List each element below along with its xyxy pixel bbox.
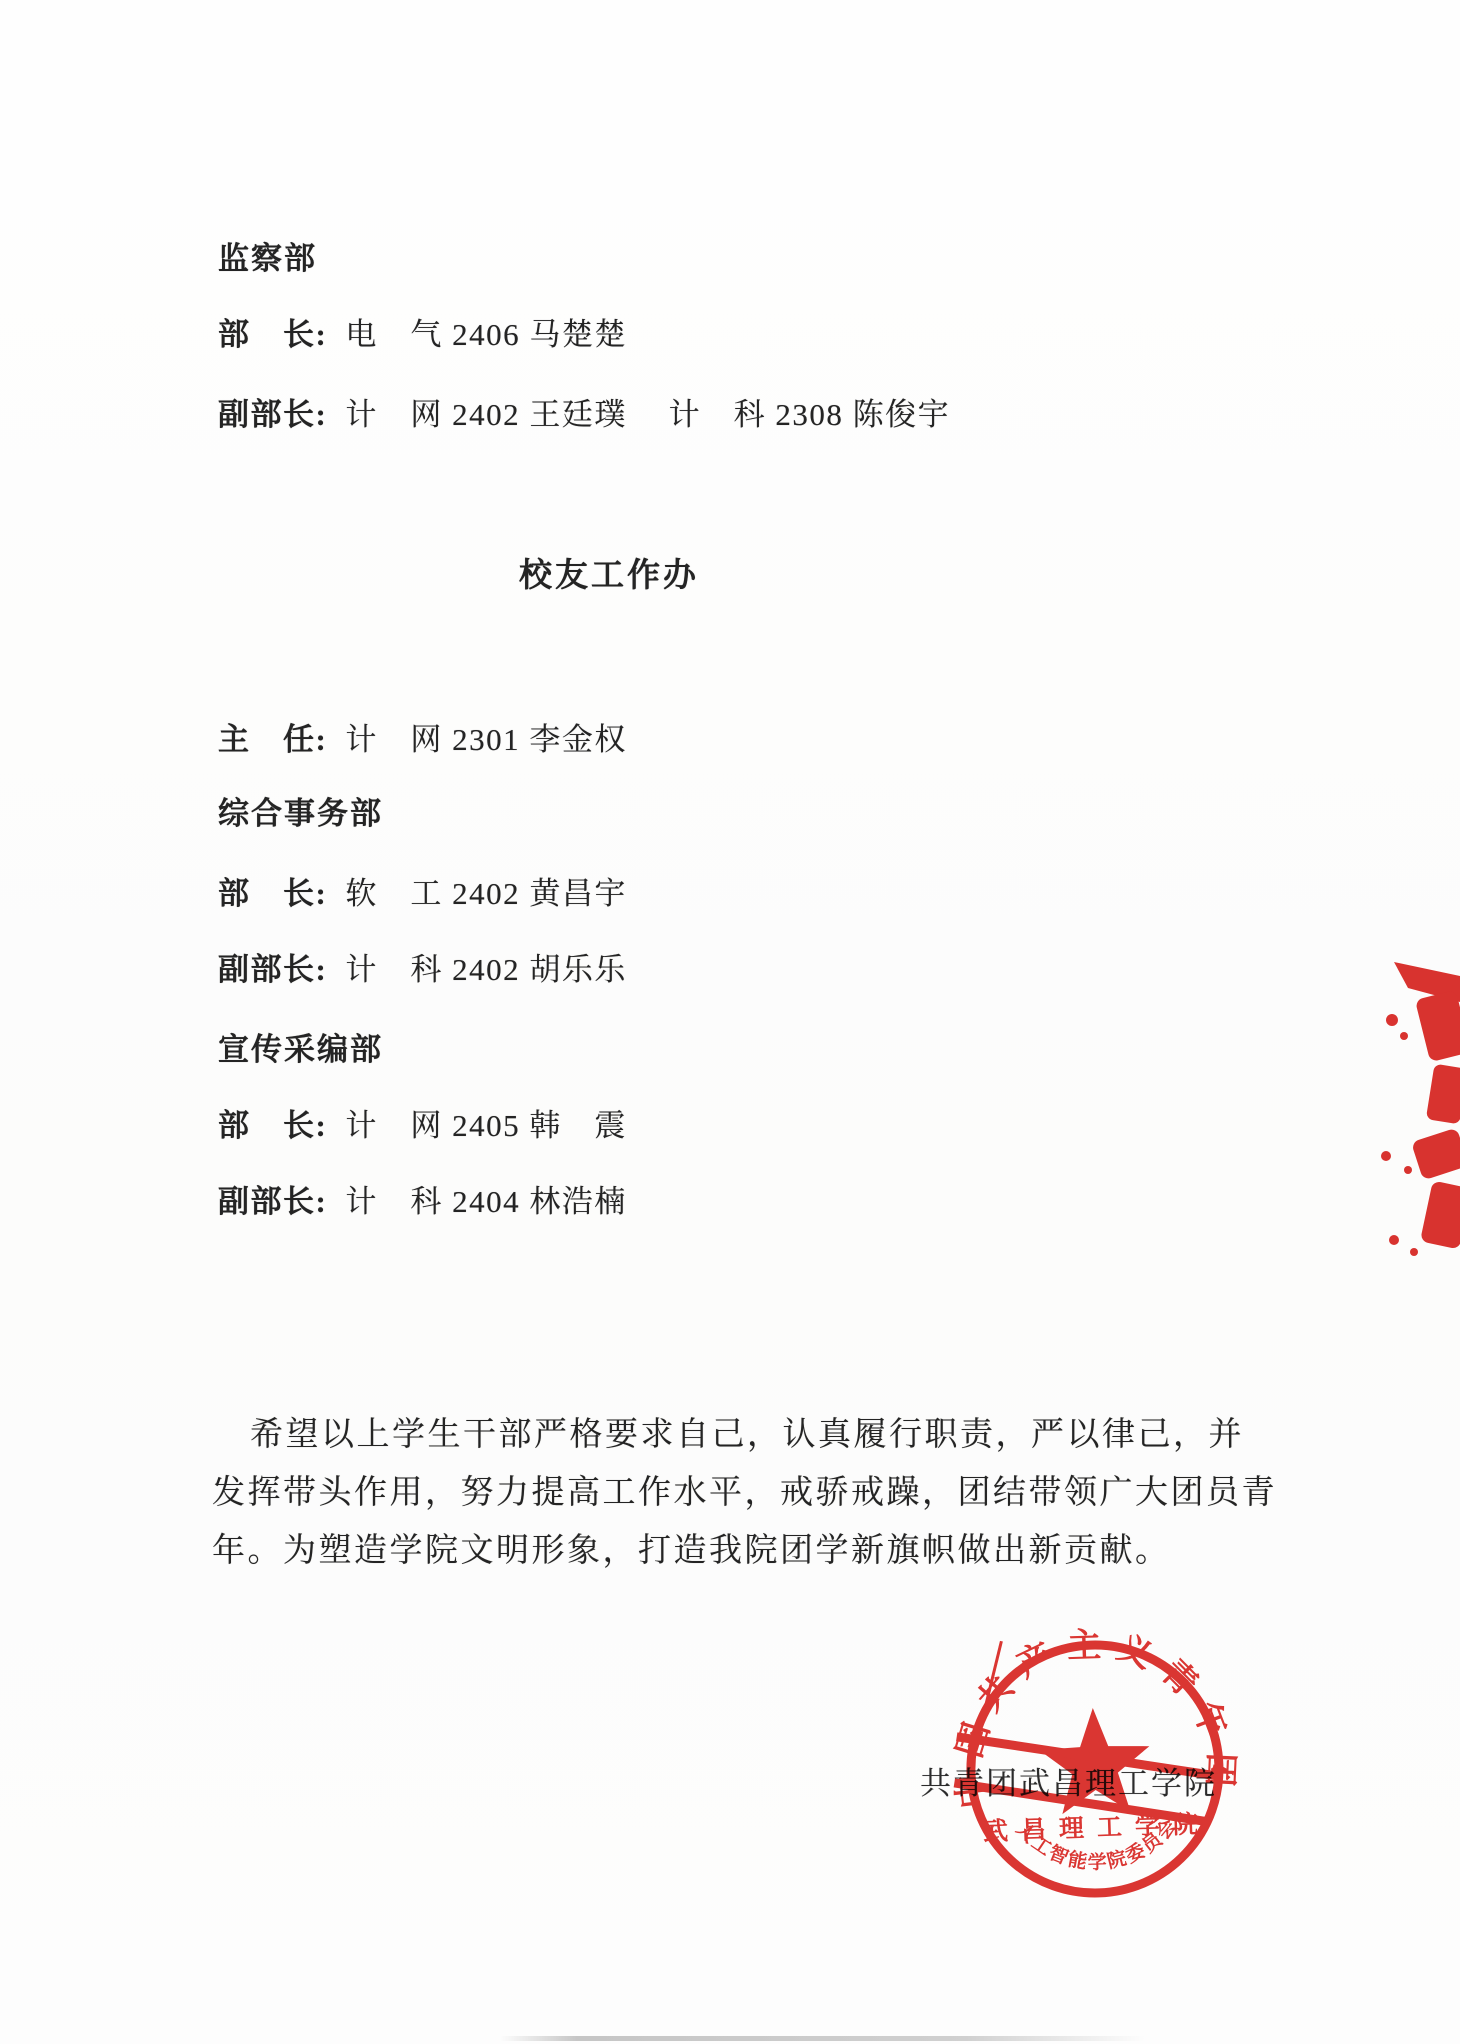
role-label: 部 长:: [218, 317, 327, 352]
role-value: 电 气 2406 马楚楚: [345, 317, 627, 352]
scan-edge-artifact: [500, 2036, 1145, 2041]
section-heading-alumni-office: 校友工作办: [519, 549, 699, 596]
role-label: 部 长:: [218, 876, 327, 911]
dept-heading-supervision: 监察部: [218, 233, 317, 278]
role-value: 计 科 2402 胡乐乐: [345, 952, 627, 987]
role-row: 副部长:计 科 2404 林浩楠: [218, 1176, 627, 1221]
paragraph-line-1: 希望以上学生干部严格要求自己，认真履行职责，严以律己，并: [250, 1408, 1244, 1455]
partial-seal-fragment: [1364, 958, 1460, 1270]
paragraph-line-3: 年。为塑造学院文明形象，打造我院团学新旗帜做出新贡献。: [212, 1524, 1171, 1571]
role-label: 副部长:: [218, 952, 327, 987]
role-row: 主 任:计 网 2301 李金权: [218, 714, 627, 759]
role-value: 计 科 2404 林浩楠: [345, 1184, 627, 1219]
role-label: 副部长:: [218, 397, 327, 432]
role-value: 软 工 2402 黄昌宇: [345, 876, 627, 911]
role-value: 计 网 2301 李金权: [345, 722, 627, 757]
role-row: 副部长:计 科 2402 胡乐乐: [218, 944, 627, 989]
role-label: 部 长:: [218, 1108, 327, 1143]
role-value: 计 网 2402 王廷璞 计 科 2308 陈俊宇: [345, 397, 950, 432]
role-row: 部 长:电 气 2406 马楚楚: [218, 309, 627, 354]
role-row: 副部长:计 网 2402 王廷璞 计 科 2308 陈俊宇: [218, 389, 950, 434]
role-label: 副部长:: [218, 1184, 327, 1219]
dept-heading-publicity: 宣传采编部: [218, 1024, 383, 1069]
partial-seal-svg: [1364, 958, 1460, 1270]
paragraph-line-2: 发挥带头作用，努力提高工作水平，戒骄戒躁，团结带领广大团员青: [212, 1466, 1277, 1513]
document-page: 监察部 部 长:电 气 2406 马楚楚 副部长:计 网 2402 王廷璞 计 …: [0, 0, 1460, 2044]
seal-svg: 中国共产主义青年团 武昌理工学院 人工智能学院委员会: [945, 1621, 1245, 1921]
role-label: 主 任:: [218, 722, 327, 757]
official-seal: 中国共产主义青年团 武昌理工学院 人工智能学院委员会: [945, 1621, 1245, 1921]
role-row: 部 长:软 工 2402 黄昌宇: [218, 868, 627, 913]
role-value: 计 网 2405 韩 震: [345, 1108, 627, 1143]
role-row: 部 长:计 网 2405 韩 震: [218, 1100, 627, 1145]
dept-heading-general-affairs: 综合事务部: [218, 788, 383, 833]
